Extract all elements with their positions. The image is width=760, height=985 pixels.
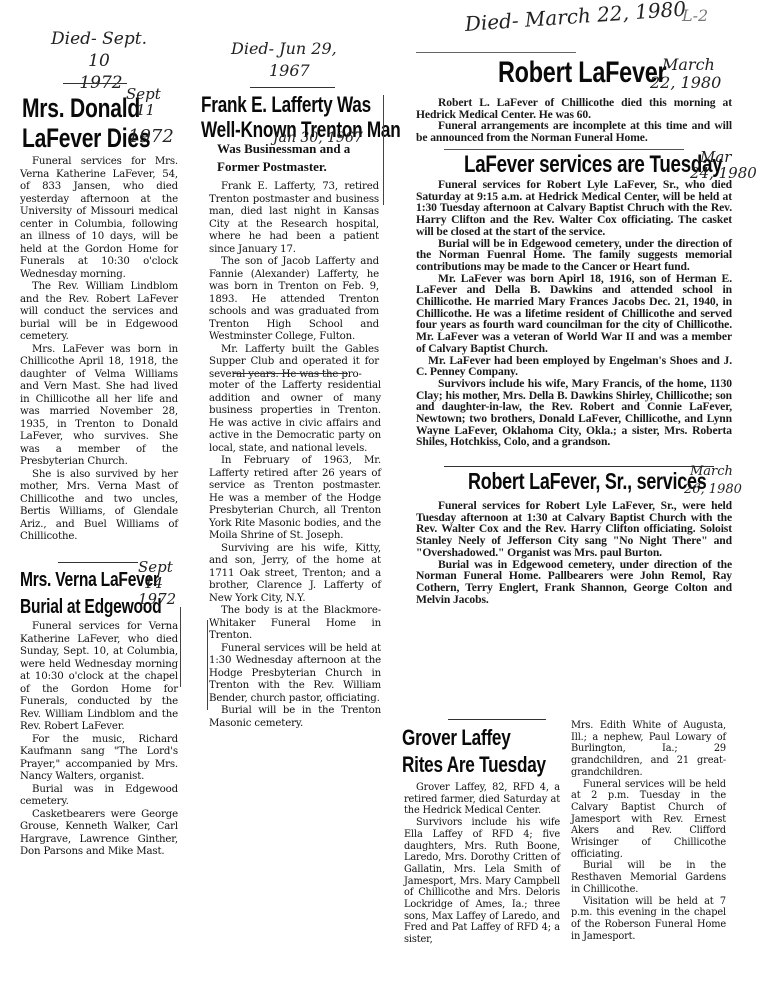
handwritten-note-line: Mar xyxy=(700,149,757,165)
divider xyxy=(63,83,127,84)
handwritten-date: Died- Jun 29, 1967 xyxy=(231,38,337,82)
headline-line: Grover Laffey xyxy=(402,724,546,751)
article-body-right: Mrs. Edith White of Augusta, Ill.; a nep… xyxy=(571,720,726,942)
handwritten-note-line: Sept xyxy=(126,86,161,102)
paragraph: Burial was in Edgewood cemetery. xyxy=(20,784,178,809)
headline: LaFever services are Tuesday xyxy=(464,151,722,179)
divider xyxy=(58,562,138,563)
divider xyxy=(448,719,546,720)
paragraph: Grover Laffey, 82, RFD 4, a retired farm… xyxy=(404,782,560,817)
clipping-edge xyxy=(180,607,181,687)
headline: Grover Laffey Rites Are Tuesday xyxy=(402,724,546,778)
paragraph: Casketbearers were George Grouse, Kennet… xyxy=(20,809,178,859)
headline-line: Rites Are Tuesday xyxy=(402,751,546,778)
clipping-edge xyxy=(207,620,208,710)
headline: Robert LaFever xyxy=(498,56,666,90)
handwritten-note: Sept 14 1972 xyxy=(138,559,176,607)
paragraph: Funeral services will be held at 1:30 We… xyxy=(209,643,381,706)
paragraph: Mrs. Edith White of Augusta, Ill.; a nep… xyxy=(571,720,726,779)
handwritten-note-line: 14 xyxy=(144,575,176,591)
article-body-left: Grover Laffey, 82, RFD 4, a retired farm… xyxy=(404,782,560,946)
paragraph: Funeral services will be held at 2 p.m. … xyxy=(571,779,726,861)
paragraph: Funeral services for Robert Lyle LaFever… xyxy=(416,500,732,559)
paragraph: Robert L. LaFever of Chillicothe died th… xyxy=(416,97,732,120)
paragraph: Surviving are his wife, Kitty, and son, … xyxy=(209,543,381,606)
paragraph: The son of Jacob Lafferty and Fannie (Al… xyxy=(209,256,379,344)
clipping-robert-lafever-sr-services: Robert LaFever, Sr., services March 26, … xyxy=(400,455,760,615)
article-body: Funeral services for Mrs. Verna Katherin… xyxy=(20,156,178,544)
handwritten-note-line: 22, 1980 xyxy=(650,74,721,92)
handwritten-note-line: 26, 1980 xyxy=(684,481,742,499)
paragraph: Survivors include his wife, Mary Francis… xyxy=(416,378,732,448)
paragraph: Mr. LaFever was born Apirl 18, 1916, son… xyxy=(416,273,732,355)
handwritten-note-line: Sept xyxy=(138,559,176,575)
clipping-frank-lafferty: Died- Jun 29, 1967 Frank E. Lafferty Was… xyxy=(195,0,395,720)
handwritten-note-year: 1972 xyxy=(128,126,174,147)
paragraph: Funeral arrangements are incomplete at t… xyxy=(416,120,732,143)
paragraph: Burial will be in the Resthaven Memorial… xyxy=(571,860,726,895)
clipping-grover-laffey: Grover Laffey Rites Are Tuesday Grover L… xyxy=(390,690,760,985)
paragraph: The Rev. William Lindblom and the Rev. R… xyxy=(20,281,178,344)
article-body: Robert L. LaFever of Chillicothe died th… xyxy=(416,97,732,144)
divider xyxy=(250,87,335,88)
handwritten-date-line: Died- Sept. 10 xyxy=(44,28,154,72)
handwritten-note-line: 1972 xyxy=(138,591,176,607)
divider xyxy=(444,149,684,150)
article-body-top: Frank E. Lafferty, 73, retired Trenton p… xyxy=(209,181,379,381)
handwritten-note: March 22, 1980 xyxy=(650,56,721,92)
clipping-verna-lafever-burial: Mrs. Verna LaFever Burial at Edgewood Se… xyxy=(0,555,190,845)
article-body: Funeral services for Verna Katherine LaF… xyxy=(20,621,178,859)
paragraph: In February of 1963, Mr. Lafferty retire… xyxy=(209,455,381,543)
handwritten-note-line: March xyxy=(690,463,742,481)
headline: Robert LaFever, Sr., services xyxy=(468,467,707,495)
divider xyxy=(416,52,576,53)
subheadline-line: Was Businessman and a xyxy=(217,140,387,158)
paragraph: Mr. LaFever had been employed by Engelma… xyxy=(416,355,732,378)
clipping-mrs-donald-lafever-dies: Died- Sept. 10 1972 Mrs. Donald LaFever … xyxy=(0,0,190,555)
paragraph: Survivors include his wife Ella Laffey o… xyxy=(404,817,560,946)
handwritten-note: Sept 11 xyxy=(126,86,161,118)
clipping-lafever-services-tuesday: LaFever services are Tuesday Mar 24, 198… xyxy=(400,145,760,455)
handwritten-note: March 26, 1980 xyxy=(684,463,742,499)
handwritten-date: Died- March 22, 1980 xyxy=(464,0,687,36)
handwritten-date-line: Died- Jun 29, xyxy=(231,38,337,60)
paragraph: Burial will be in Edgewood cemetery, und… xyxy=(416,238,732,273)
headline-line: Frank E. Lafferty Was xyxy=(201,92,400,117)
handwritten-note-line: March xyxy=(662,56,721,74)
paragraph: She is also survived by her mother, Mrs.… xyxy=(20,469,178,544)
divider xyxy=(233,373,348,374)
paragraph: The body is at the Blackmore-Whitaker Fu… xyxy=(209,605,381,643)
paragraph: Mrs. LaFever was born in Chillicothe Apr… xyxy=(20,344,178,469)
paragraph: Burial was in Edgewood cemetery, under d… xyxy=(416,559,732,606)
article-body: Funeral services for Robert Lyle LaFever… xyxy=(416,179,732,448)
paragraph: Burial will be in the Trenton Masonic ce… xyxy=(209,705,381,730)
handwritten-note: Mar 24, 1980 xyxy=(690,149,757,181)
paragraph: Mr. Lafferty built the Gables Supper Clu… xyxy=(209,344,379,382)
handwritten-corner-mark: L-2 xyxy=(682,6,708,25)
handwritten-note-line: 11 xyxy=(136,102,161,118)
paragraph: Funeral services for Verna Katherine LaF… xyxy=(20,621,178,734)
article-body: Funeral services for Robert Lyle LaFever… xyxy=(416,500,732,605)
paragraph: Frank E. Lafferty, 73, retired Trenton p… xyxy=(209,181,379,256)
paragraph: For the music, Richard Kaufmann sang "Th… xyxy=(20,734,178,784)
paragraph: Funeral services for Robert Lyle LaFever… xyxy=(416,179,732,238)
clipping-robert-lafever: Died- March 22, 1980 L-2 Robert LaFever … xyxy=(400,0,760,145)
paragraph: Visitation will be held at 7 p.m. this e… xyxy=(571,896,726,943)
subheadline-line: Former Postmaster. xyxy=(217,158,387,176)
subheadline: Was Businessman and a Former Postmaster. xyxy=(217,140,387,176)
paragraph: Funeral services for Mrs. Verna Katherin… xyxy=(20,156,178,281)
article-body-bottom: moter of the Lafferty residential additi… xyxy=(209,380,381,730)
paragraph: moter of the Lafferty residential additi… xyxy=(209,380,381,455)
handwritten-date-line: 1967 xyxy=(269,60,337,82)
